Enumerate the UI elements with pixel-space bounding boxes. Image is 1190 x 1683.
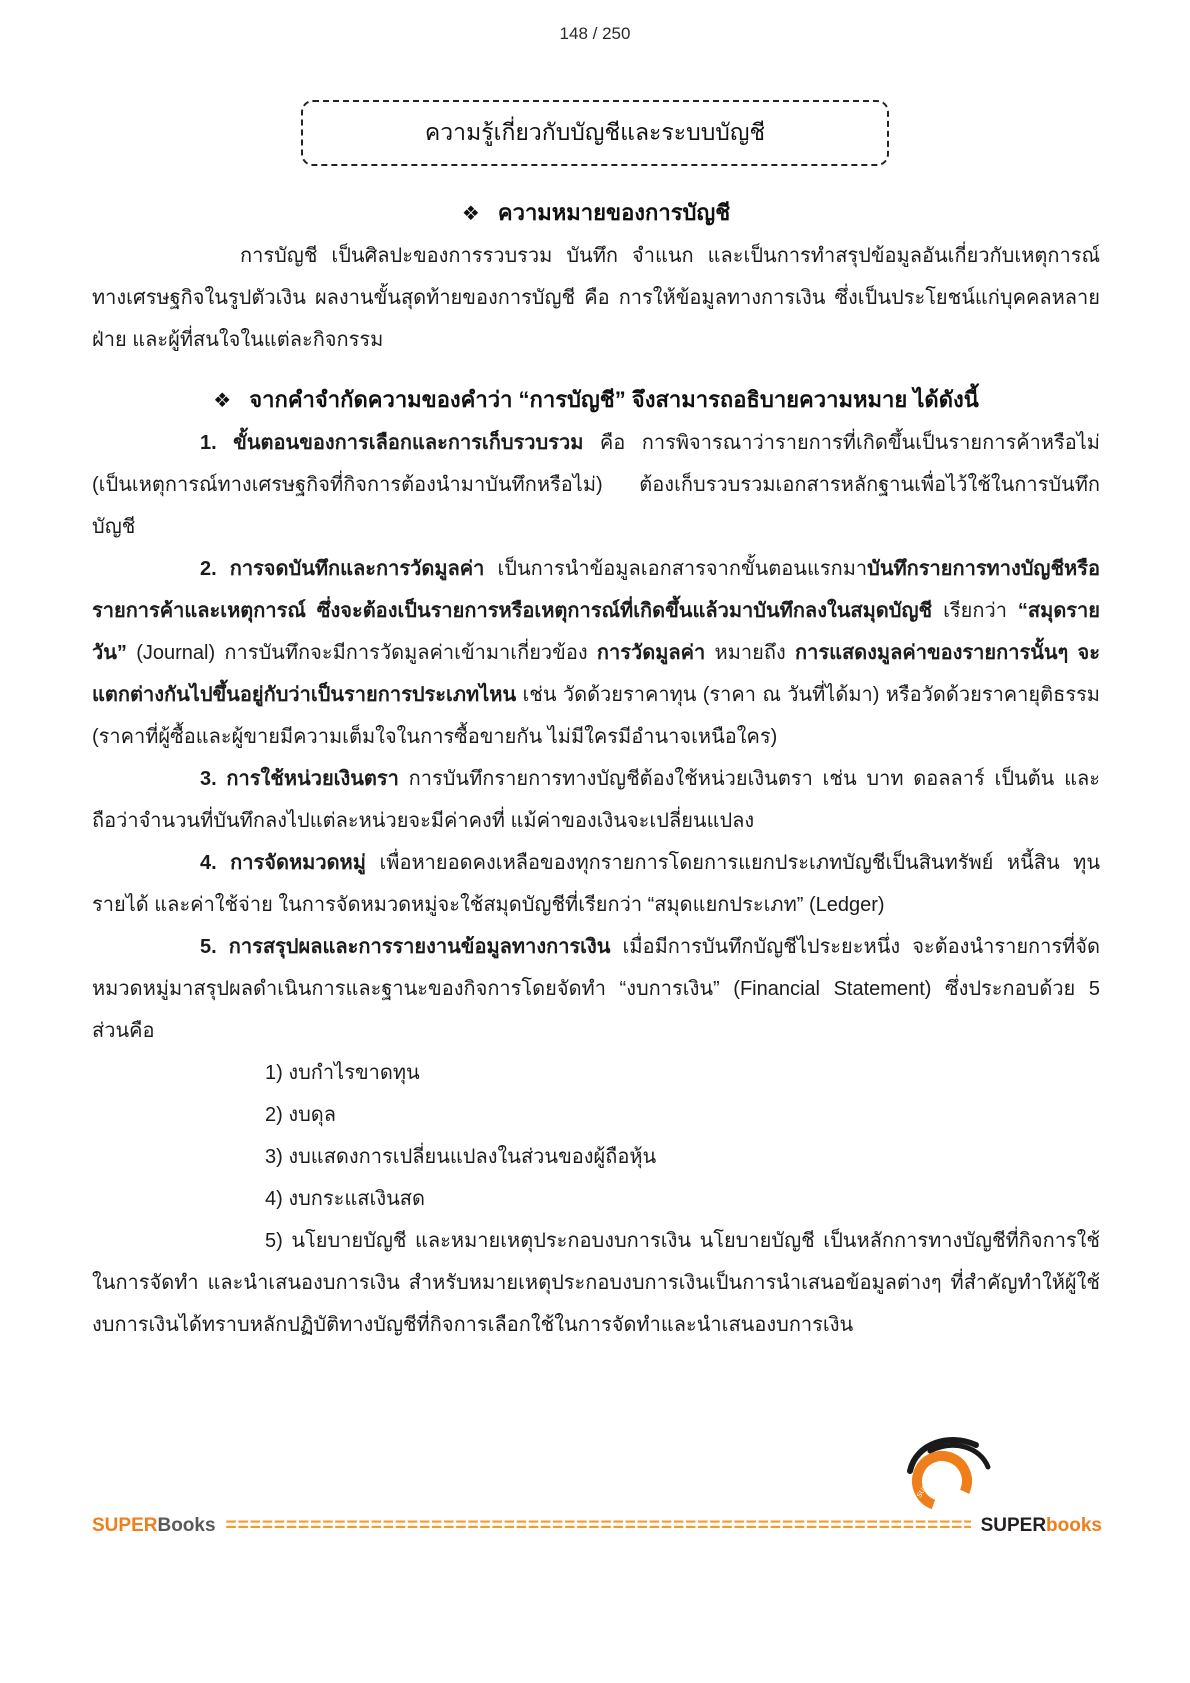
- definition-item-2: 2. การจดบันทึกและการวัดมูลค่า เป็นการนำข…: [92, 548, 1100, 758]
- heading-text: จากคำจำกัดความของคำว่า “การบัญชี” จึงสาม…: [249, 387, 979, 412]
- bold-run: 3. การใช้หน่วยเงินตรา: [200, 768, 409, 790]
- logo-ring: [910, 1449, 974, 1511]
- document-page: 148 / 250 ความรู้เกี่ยวกับบัญชีและระบบบั…: [0, 0, 1190, 1683]
- page-title: ความรู้เกี่ยวกับบัญชีและระบบบัญชี: [425, 119, 765, 145]
- definition-item-3: 3. การใช้หน่วยเงินตรา การบันทึกรายการทาง…: [92, 758, 1100, 842]
- footer: SUPERBooks =============================…: [92, 1515, 1102, 1537]
- footer-brand-left: SUPERBooks: [92, 1515, 216, 1537]
- brand-right-super: SUPER: [981, 1515, 1046, 1536]
- statement-part-1: 1) งบกำไรขาดทุน: [92, 1052, 1100, 1094]
- diamond-icon: ❖: [462, 203, 480, 225]
- footer-separator: ========================================…: [226, 1515, 971, 1537]
- statement-part-5: 5) นโยบายบัญชี และหมายเหตุประกอบงบการเงิ…: [92, 1220, 1100, 1346]
- bold-run: การวัดมูลค่า: [597, 642, 715, 664]
- brand-left-super: SUPER: [92, 1515, 157, 1536]
- section-heading-meaning: ❖ ความหมายของการบัญชี: [92, 192, 1100, 235]
- title-box: ความรู้เกี่ยวกับบัญชีและระบบบัญชี: [301, 100, 889, 166]
- document-body: ❖ ความหมายของการบัญชี การบัญชี เป็นศิลปะ…: [0, 192, 1190, 1346]
- text-run: เรียกว่า: [943, 600, 1018, 622]
- text-run: (Journal) การบันทึกจะมีการวัดมูลค่าเข้าม…: [136, 642, 597, 664]
- page-number: 148 / 250: [0, 0, 1190, 44]
- definition-item-4: 4. การจัดหมวดหมู่ เพื่อหายอดคงเหลือของทุ…: [92, 842, 1100, 926]
- text-run: เป็นการนำข้อมูลเอกสารจากขั้นตอนแรกมา: [497, 558, 867, 580]
- superbooks-logo: SUPERbooks: [896, 1435, 992, 1511]
- brand-right-books: books: [1046, 1515, 1102, 1536]
- statement-part-3: 3) งบแสดงการเปลี่ยนแปลงในส่วนของผู้ถือหุ…: [92, 1136, 1100, 1178]
- bold-run: 1. ขั้นตอนของการเลือกและการเก็บรวบรวม: [200, 432, 600, 454]
- heading-text: ความหมายของการบัญชี: [498, 200, 730, 225]
- text-run: หมายถึง: [715, 642, 795, 664]
- definition-item-1: 1. ขั้นตอนของการเลือกและการเก็บรวบรวม คื…: [92, 422, 1100, 548]
- diamond-icon: ❖: [213, 390, 231, 412]
- section-heading-definition: ❖ จากคำจำกัดความของคำว่า “การบัญชี” จึงส…: [92, 379, 1100, 422]
- statement-part-2: 2) งบดุล: [92, 1094, 1100, 1136]
- bold-run: 2. การจดบันทึกและการวัดมูลค่า: [200, 558, 497, 580]
- paragraph-intro: การบัญชี เป็นศิลปะของการรวบรวม บันทึก จำ…: [92, 235, 1100, 361]
- bold-run: 4. การจัดหมวดหมู่: [200, 852, 379, 874]
- bold-run: 5. การสรุปผลและการรายงานข้อมูลทางการเงิน: [200, 936, 623, 958]
- definition-item-5: 5. การสรุปผลและการรายงานข้อมูลทางการเงิน…: [92, 926, 1100, 1052]
- statement-part-4: 4) งบกระแสเงินสด: [92, 1178, 1100, 1220]
- footer-brand-right: SUPERbooks: [981, 1515, 1102, 1537]
- brand-left-books: Books: [157, 1515, 215, 1536]
